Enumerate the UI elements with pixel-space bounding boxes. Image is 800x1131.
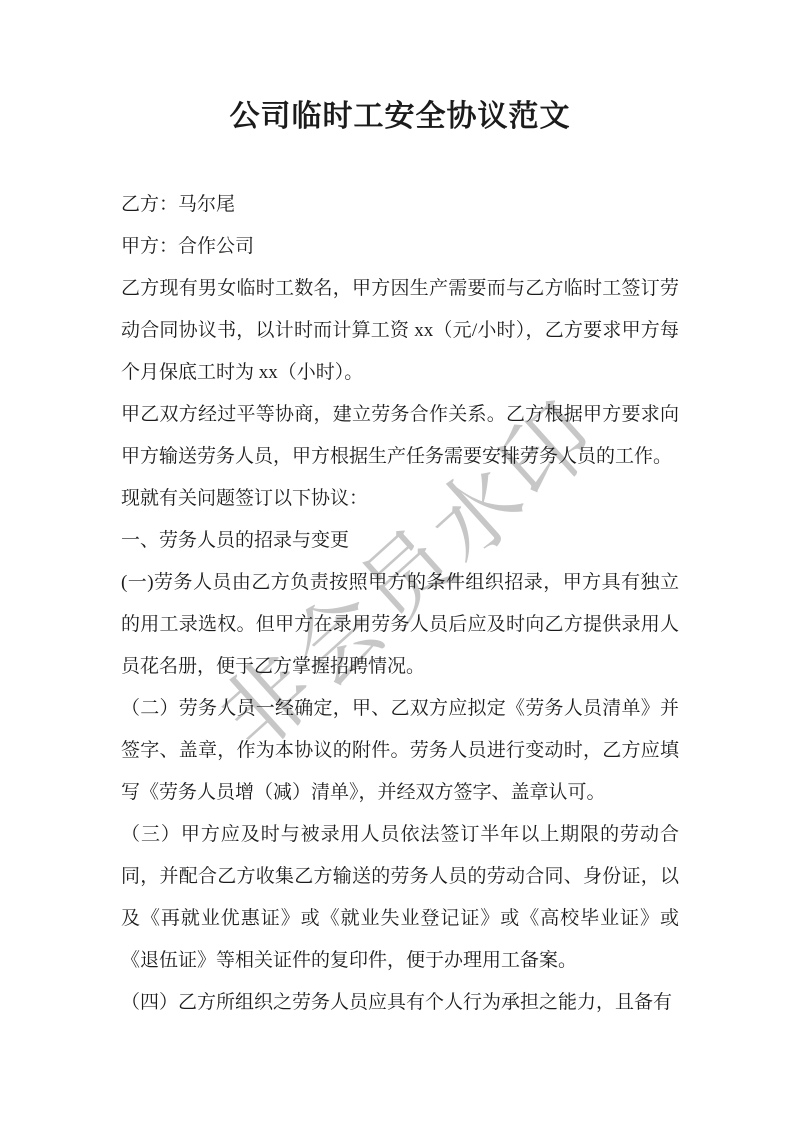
paragraph: 一、劳务人员的招录与变更 bbox=[121, 520, 679, 562]
document-title: 公司临时工安全协议范文 bbox=[0, 0, 800, 137]
paragraph: 乙方：马尔尾 bbox=[121, 184, 679, 226]
paragraph: 乙方现有男女临时工数名，甲方因生产需要而与乙方临时工签订劳动合同协议书，以计时而… bbox=[121, 268, 679, 394]
paragraph: （二）劳务人员一经确定，甲、乙双方应拟定《劳务人员清单》并签字、盖章，作为本协议… bbox=[121, 688, 679, 814]
paragraph: 甲乙双方经过平等协商，建立劳务合作关系。乙方根据甲方要求向甲方输送劳务人员，甲方… bbox=[121, 394, 679, 478]
document-page: 非会员水印 公司临时工安全协议范文 乙方：马尔尾甲方：合作公司乙方现有男女临时工… bbox=[0, 0, 800, 1131]
document-body: 乙方：马尔尾甲方：合作公司乙方现有男女临时工数名，甲方因生产需要而与乙方临时工签… bbox=[121, 184, 679, 1024]
paragraph: 甲方：合作公司 bbox=[121, 226, 679, 268]
paragraph: （三）甲方应及时与被录用人员依法签订半年以上期限的劳动合同，并配合乙方收集乙方输… bbox=[121, 814, 679, 982]
paragraph: (一)劳务人员由乙方负责按照甲方的条件组织招录，甲方具有独立的用工录选权。但甲方… bbox=[121, 562, 679, 688]
paragraph: 现就有关问题签订以下协议： bbox=[121, 478, 679, 520]
paragraph: （四）乙方所组织之劳务人员应具有个人行为承担之能力，且备有 bbox=[121, 982, 679, 1024]
